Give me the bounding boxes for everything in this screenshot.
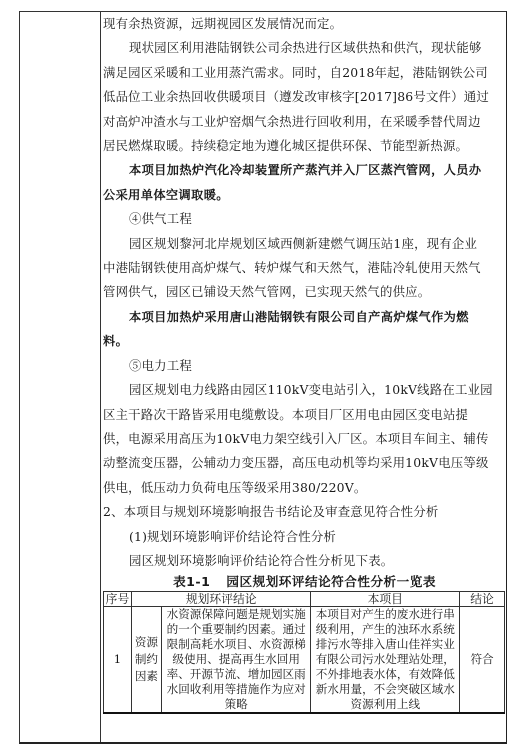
paragraph-line: 现状园区利用港陆钢铁公司余热进行区域供热和供汽，现状能够: [103, 36, 506, 60]
header-planning: 规划环评结论: [131, 592, 311, 607]
paragraph-line: 动整流变压器，公辅动力变压器，高压电动机等均采用10kV电压等级: [103, 451, 506, 475]
section-heading-gas-supply: ④供气工程: [103, 207, 506, 231]
compliance-table: 序号 规划环评结论 本项目 结论 1 资源制约因素 水资源保障问题是规划实施的一…: [103, 591, 505, 714]
header-project: 本项目: [311, 592, 460, 607]
paragraph-line: 供，电源采用高压为10kV电力架空线引入厂区。本项目车间主、辅传: [103, 427, 506, 451]
bold-paragraph-line: 料。: [103, 329, 506, 353]
cell-category: 资源制约因素: [131, 607, 161, 714]
paragraph-line: 中港陆钢铁使用高炉煤气、转炉煤气和天然气，港陆冷轧使用天然气: [103, 256, 506, 280]
paragraph-line: 区主干路次干路皆采用电缆敷设。本项目厂区用电由园区变电站提: [103, 403, 506, 427]
header-no: 序号: [104, 592, 132, 607]
paragraph-line: 满足园区采暖和工业用蒸汽需求。同时，自2018年起，港陆钢铁公司: [103, 61, 506, 85]
paragraph-line: 园区规划环境影响评价结论符合性分析见下表。: [103, 549, 506, 573]
subsection-heading: (1)规划环境影响评价结论符合性分析: [103, 525, 506, 549]
bold-paragraph-line: 本项目加热炉汽化冷却装置所产蒸汽并入厂区蒸汽管网，人员办: [103, 158, 506, 182]
paragraph-line: 对高炉冲渣水与工业炉窑烟气余热进行回收利用，在采暖季替代周边: [103, 110, 506, 134]
cell-planning: 水资源保障问题是规划实施的一个重要制约因素。通过限制高耗水项目、水资源梯级使用、…: [161, 607, 311, 714]
header-result: 结论: [460, 592, 505, 607]
paragraph-line: 现有余热资源，远期视园区发展情况而定。: [103, 12, 506, 36]
document-frame: 现有余热资源，远期视园区发展情况而定。 现状园区利用港陆钢铁公司余热进行区域供热…: [19, 11, 507, 744]
table-caption: 表1-1园区规划环评结论符合性分析一览表: [103, 573, 506, 591]
document-content: 现有余热资源，远期视园区发展情况而定。 现状园区利用港陆钢铁公司余热进行区域供热…: [103, 12, 506, 714]
table-caption-title: 园区规划环评结论符合性分析一览表: [226, 574, 436, 589]
bold-paragraph-line: 公采用单体空调取暖。: [103, 183, 506, 207]
paragraph-line: 居民燃煤取暖。持续稳定地为遵化城区提供环保、节能型新热源。: [103, 134, 506, 158]
left-label-column: [20, 12, 101, 742]
table-row: 1 资源制约因素 水资源保障问题是规划实施的一个重要制约因素。通过限制高耗水项目…: [104, 607, 505, 714]
bold-paragraph-line: 本项目加热炉采用唐山港陆钢铁有限公司自产高炉煤气作为燃: [103, 305, 506, 329]
paragraph-line: 园区规划黎河北岸规划区域西侧新建燃气调压站1座，现有企业: [103, 232, 506, 256]
cell-no: 1: [104, 607, 132, 714]
cell-result: 符合: [460, 607, 505, 714]
paragraph-line: 供电，低压动力负荷电压等级采用380/220V。: [103, 476, 506, 500]
section-heading-2: 2、本项目与规划环境影响报告书结论及审查意见符合性分析: [103, 500, 506, 524]
table-caption-number: 表1-1: [173, 574, 210, 589]
table-header-row: 序号 规划环评结论 本项目 结论: [104, 592, 505, 607]
cell-project: 本项目对产生的废水进行串级利用，产生的浊环水系统排污水等排入唐山佳祥实业有限公司…: [311, 607, 460, 714]
paragraph-line: 园区规划电力线路由园区110kV变电站引入，10kV线路在工业园: [103, 378, 506, 402]
paragraph-line: 管网供气，园区已铺设天然气管网，已实现天然气的供应。: [103, 280, 506, 304]
paragraph-line: 低品位工业余热回收供暖项目（遵发改审核字[2017]86号文件）通过: [103, 85, 506, 109]
section-heading-power: ⑤电力工程: [103, 354, 506, 378]
